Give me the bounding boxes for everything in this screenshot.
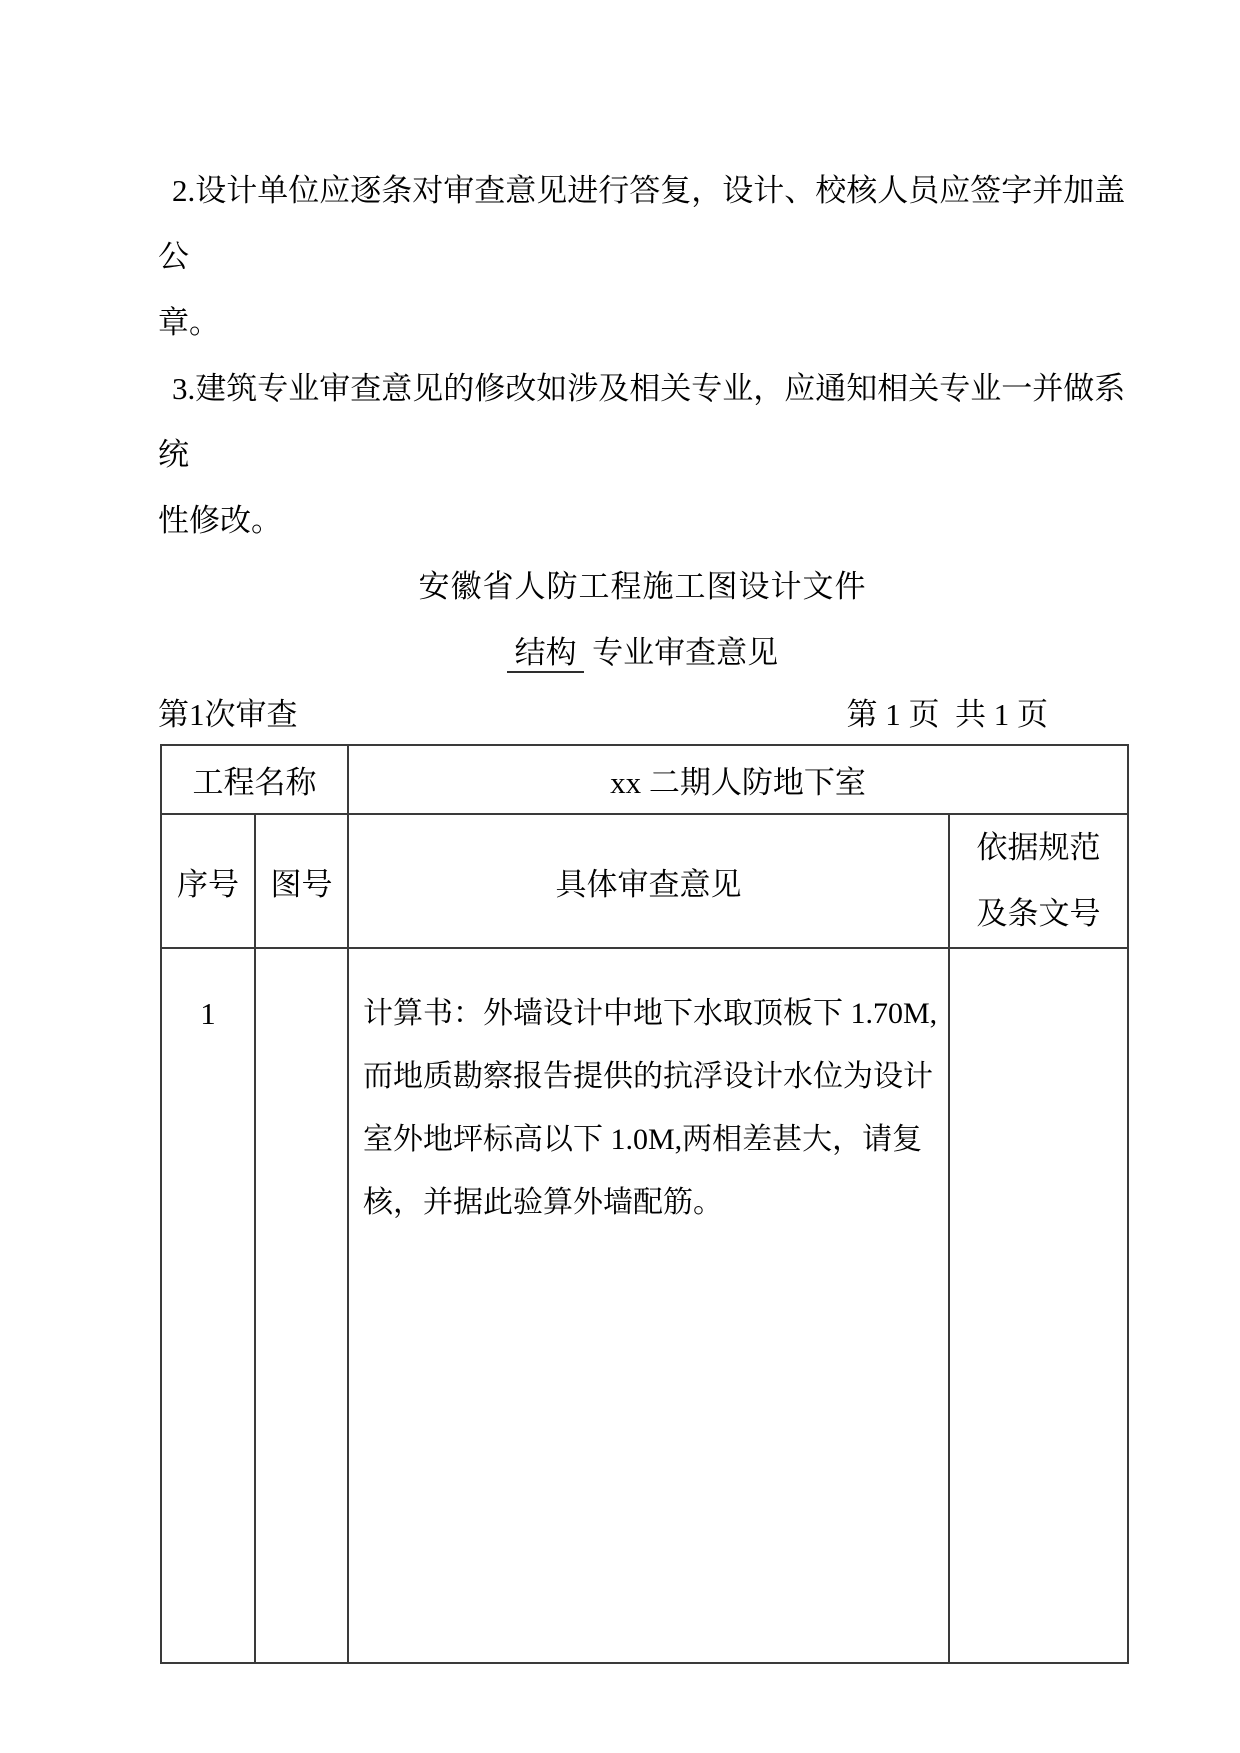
comment-line-2: 而地质勘察报告提供的抗浮设计水位为设计 [363, 1045, 940, 1108]
document-title: 安徽省人防工程施工图设计文件 [158, 554, 1127, 620]
review-meta-line: 第1次审查 第 1 页 共 1 页 [158, 686, 1127, 744]
header-basis-line-2: 及条文号 [950, 881, 1127, 947]
row-basis-cell [949, 948, 1128, 1663]
subtitle-rest: 专业审查意见 [584, 635, 778, 670]
note-paragraph-3: 3.建筑专业审查意见的修改如涉及相关专业，应通知相关专业一并做系统性修改。 [158, 356, 1127, 554]
project-name-row: 工程名称 xx 二期人防地下室 [161, 745, 1128, 814]
project-name-value: xx 二期人防地下室 [348, 745, 1128, 814]
subtitle-discipline-underlined: 结构 [507, 635, 585, 673]
comment-line-1: 计算书：外墙设计中地下水取顶板下 1.70M, [363, 982, 940, 1045]
row-comment-cell: 计算书：外墙设计中地下水取顶板下 1.70M, 而地质勘察报告提供的抗浮设计水位… [348, 948, 949, 1663]
review-round-label: 第1次审查 [158, 686, 298, 744]
table-header-row: 序号 图号 具体审查意见 依据规范 及条文号 [161, 814, 1128, 948]
note-2-line-2: 章。 [158, 290, 1127, 356]
header-basis: 依据规范 及条文号 [949, 814, 1128, 948]
row-drawing-no-cell [255, 948, 348, 1663]
note-2-line-1: 2.设计单位应逐条对审查意见进行答复，设计、校核人员应签字并加盖公 [158, 173, 1125, 274]
header-basis-line-1: 依据规范 [950, 815, 1127, 881]
header-index: 序号 [161, 814, 255, 948]
table-row: 1 计算书：外墙设计中地下水取顶板下 1.70M, 而地质勘察报告提供的抗浮设计… [161, 948, 1128, 1663]
page-number-label: 第 1 页 共 1 页 [847, 686, 1049, 744]
note-3-line-1: 3.建筑专业审查意见的修改如涉及相关专业，应通知相关专业一并做系统 [158, 371, 1125, 472]
header-comment: 具体审查意见 [348, 814, 949, 948]
row-index-cell: 1 [161, 948, 255, 1663]
review-table: 工程名称 xx 二期人防地下室 序号 图号 具体审查意见 依据规范 及条文号 1… [160, 744, 1129, 1664]
document-page: 2.设计单位应逐条对审查意见进行答复，设计、校核人员应签字并加盖公章。 3.建筑… [0, 0, 1240, 1753]
comment-line-3: 室外地坪标高以下 1.0M,两相差甚大，请复 [363, 1108, 940, 1171]
document-subtitle: 结构 专业审查意见 [158, 620, 1127, 686]
project-name-label: 工程名称 [161, 745, 348, 814]
note-paragraph-2: 2.设计单位应逐条对审查意见进行答复，设计、校核人员应签字并加盖公章。 [158, 158, 1127, 356]
comment-line-4: 核，并据此验算外墙配筋。 [363, 1171, 940, 1234]
header-drawing-no: 图号 [255, 814, 348, 948]
note-3-line-2: 性修改。 [158, 488, 1127, 554]
